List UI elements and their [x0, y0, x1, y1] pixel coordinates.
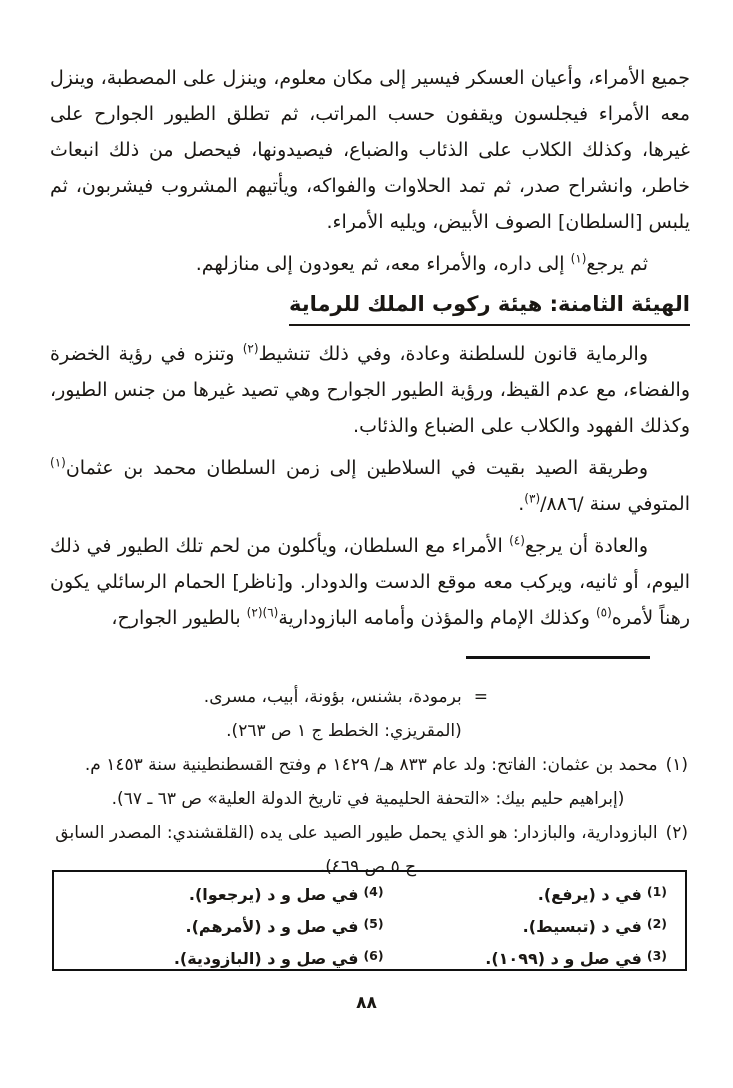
variant-text: في صل و د (لأمرهم).: [186, 917, 359, 936]
page-number: ٨٨: [0, 993, 733, 1013]
footnote-text: البازودارية، والبازدار: هو الذي يحمل طيو…: [55, 816, 657, 850]
footnotes: = برمودة، بشنس، بؤونة، أبيب، مسرى.(المقر…: [48, 680, 688, 884]
variant-note: (4)في صل و د (يرجعوا).: [64, 879, 384, 911]
footnote-ref: (١): [50, 456, 66, 470]
footnote-text: محمد بن عثمان: الفاتح: ولد عام ٨٣٣ هـ/ ١…: [85, 748, 658, 782]
footnote-continuation-mark: =: [474, 680, 488, 714]
variant-text: في صل و د (١٠٩٩).: [485, 949, 642, 968]
footnote-ref: (١): [571, 252, 587, 266]
variant-number: (2): [647, 916, 667, 931]
footnote-item: (١)محمد بن عثمان: الفاتح: ولد عام ٨٣٣ هـ…: [48, 748, 688, 816]
variant-note: (1)في د (يرفع).: [384, 879, 667, 911]
variant-note: (3)في صل و د (١٠٩٩).: [384, 943, 667, 975]
paragraph: وطريقة الصيد بقيت في السلاطين إلى زمن ال…: [50, 450, 690, 522]
paragraph: ثم يرجع(١) إلى داره، والأمراء معه، ثم يع…: [50, 246, 690, 282]
footnote-number: (١): [666, 748, 688, 782]
footnote-line: (المقريزي: الخطط ج ١ ص ٢٦٣).: [204, 714, 462, 748]
footnote-line: (١)محمد بن عثمان: الفاتح: ولد عام ٨٣٣ هـ…: [48, 748, 688, 782]
variant-number: (5): [363, 916, 383, 931]
footnote-line: (إبراهيم حليم بيك: «التحفة الحليمية في ت…: [48, 782, 688, 816]
variant-note: (5)في صل و د (لأمرهم).: [64, 911, 384, 943]
variant-number: (3): [647, 948, 667, 963]
footnote-ref: (٢): [243, 342, 259, 356]
footnote-ref: (٦)(٢): [247, 606, 279, 620]
document-page: جميع الأمراء، وأعيان العسكر فيسير إلى مك…: [0, 0, 733, 1088]
variant-number: (4): [363, 884, 383, 899]
footnote-ref: (٣): [524, 492, 540, 506]
variant-text: في د (تبسيط).: [523, 917, 642, 936]
variants-column: (4)في صل و د (يرجعوا).(5)في صل و د (لأمر…: [64, 879, 384, 969]
footnote-continuation-lines: برمودة، بشنس، بؤونة، أبيب، مسرى.(المقريز…: [204, 680, 462, 748]
variant-note: (6)في صل و د (البازودية).: [64, 943, 384, 975]
paragraph: والرماية قانون للسلطنة وعادة، وفي ذلك تن…: [50, 336, 690, 444]
footnote-separator: [466, 656, 650, 659]
variant-text: في صل و د (البازودية).: [174, 949, 359, 968]
variant-text: في صل و د (يرجعوا).: [189, 885, 359, 904]
main-text: جميع الأمراء، وأعيان العسكر فيسير إلى مك…: [50, 60, 690, 642]
variants-box: (1)في د (يرفع).(2)في د (تبسيط).(3)في صل …: [52, 870, 687, 971]
section-heading-text: الهيئة الثامنة: هيئة ركوب الملك للرماية: [289, 292, 690, 326]
paragraph: والعادة أن يرجع(٤) الأمراء مع السلطان، و…: [50, 528, 690, 636]
variants-column: (1)في د (يرفع).(2)في د (تبسيط).(3)في صل …: [384, 879, 667, 969]
variant-number: (1): [647, 884, 667, 899]
footnote-number: (٢): [666, 816, 688, 850]
footnote-ref: (٥): [596, 606, 612, 620]
footnote-continuation: = برمودة، بشنس، بؤونة، أبيب، مسرى.(المقر…: [48, 680, 488, 748]
footnote-items: (١)محمد بن عثمان: الفاتح: ولد عام ٨٣٣ هـ…: [48, 748, 688, 884]
variant-number: (6): [363, 948, 383, 963]
variant-note: (2)في د (تبسيط).: [384, 911, 667, 943]
paragraph: جميع الأمراء، وأعيان العسكر فيسير إلى مك…: [50, 60, 690, 240]
section-heading: الهيئة الثامنة: هيئة ركوب الملك للرماية: [50, 292, 690, 326]
variant-text: في د (يرفع).: [538, 885, 642, 904]
footnote-line: برمودة، بشنس، بؤونة، أبيب، مسرى.: [204, 680, 462, 714]
footnote-line: (٢)البازودارية، والبازدار: هو الذي يحمل …: [48, 816, 688, 850]
main-text-blocks: جميع الأمراء، وأعيان العسكر فيسير إلى مك…: [50, 60, 690, 636]
footnote-ref: (٤): [509, 534, 525, 548]
